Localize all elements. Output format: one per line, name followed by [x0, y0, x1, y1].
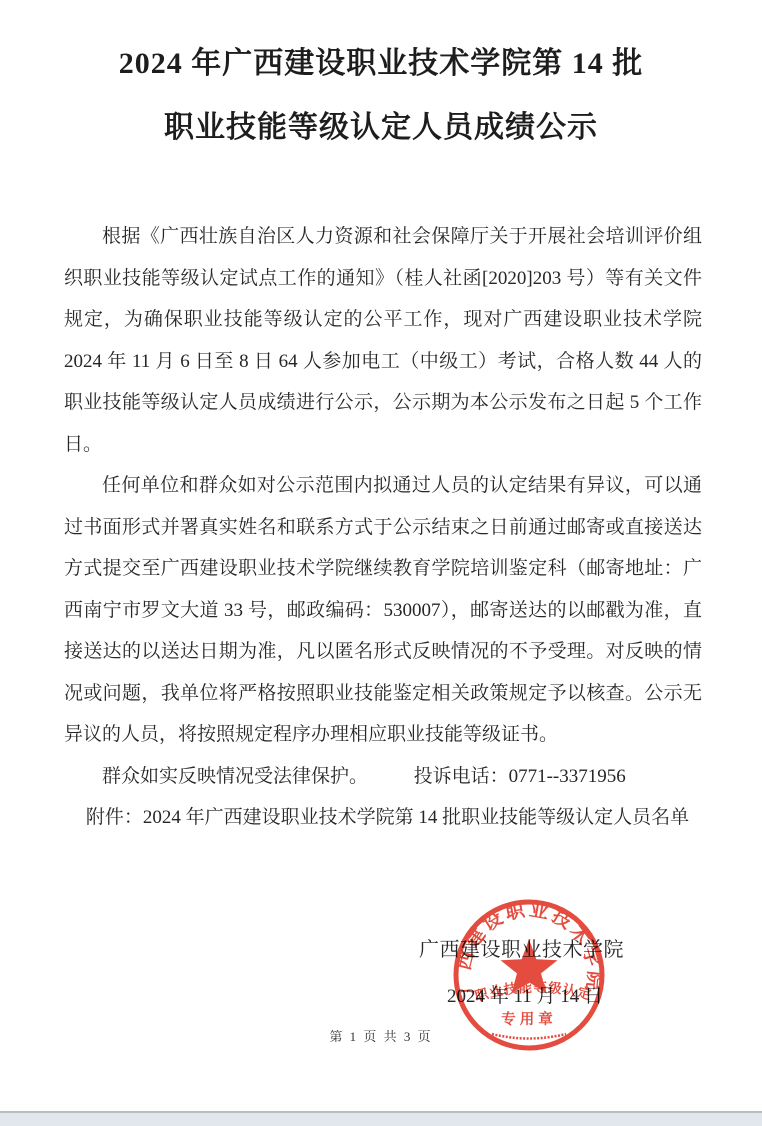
doc-title-line-2: 职业技能等级认定人员成绩公示 — [0, 96, 762, 160]
doc-body: 根据《广西壮族自治区人力资源和社会保障厅关于开展社会培训评价组织职业技能等级认定… — [64, 216, 702, 839]
protection-line: 群众如实反映情况受法律保护。投诉电话：0771--3371956 — [64, 756, 702, 798]
doc-title: 2024 年广西建设职业技术学院第 14 批 职业技能等级认定人员成绩公示 — [0, 0, 762, 160]
paragraph-1: 根据《广西壮族自治区人力资源和社会保障厅关于开展社会培训评价组织职业技能等级认定… — [64, 216, 702, 465]
document-page: 2024 年广西建设职业技术学院第 14 批 职业技能等级认定人员成绩公示 根据… — [0, 0, 762, 1111]
protection-statement: 群众如实反映情况受法律保护。 — [102, 766, 368, 787]
attachment-note: 附件：2024 年广西建设职业技术学院第 14 批职业技能等级认定人员名单 — [64, 797, 702, 839]
viewer-background-gap — [0, 1113, 762, 1126]
paragraph-2: 任何单位和群众如对公示范围内拟通过人员的认定结果有异议，可以通过书面形式并署真实… — [64, 465, 702, 756]
signature-org: 广西建设职业技术学院 — [419, 933, 624, 962]
complaint-phone: 投诉电话：0771--3371956 — [414, 766, 626, 787]
doc-title-line-1: 2024 年广西建设职业技术学院第 14 批 — [0, 32, 762, 96]
page-footer: 第 1 页 共 3 页 — [0, 1026, 762, 1045]
signature-date: 2024 年 11 月 14 日 — [447, 981, 603, 1008]
